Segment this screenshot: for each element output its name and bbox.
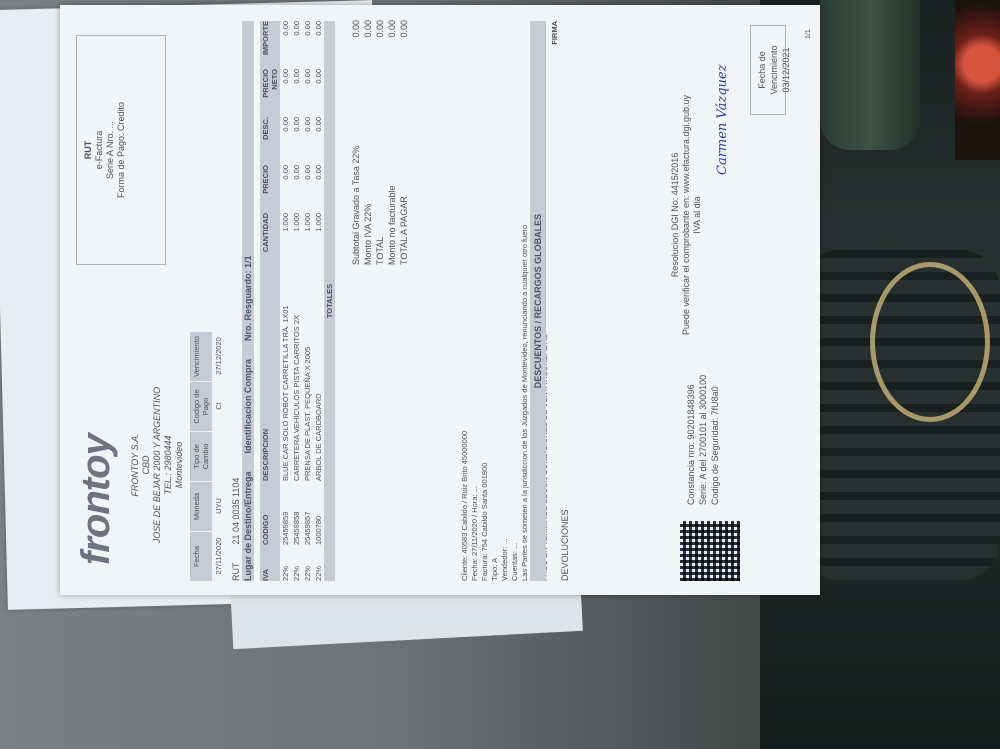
client-rut-value: 21 04 0035 1104 <box>231 478 241 545</box>
cae-range: Serie: A del 2700101 al 3000100 <box>697 375 709 505</box>
table-cell: 0.00 <box>281 69 290 117</box>
vencimiento-box: Fecha de Vencimiento 03/12/2021 <box>750 25 786 115</box>
total-row: Monto no facturable0.00 <box>386 20 398 265</box>
note-line: Vendedor: ... <box>500 21 510 581</box>
table-cell: 1.000 <box>281 213 290 261</box>
table-cell: 1000780 <box>314 481 323 545</box>
meta-value: Ct <box>212 381 225 431</box>
meta-value: UYU <box>212 481 225 531</box>
table-cell: 0.00 <box>281 117 290 165</box>
col-header: DESC. <box>261 117 279 165</box>
company-line2: CBD <box>141 365 152 565</box>
security-code: Codigo de Seguridad: 7fU8a0 <box>709 375 721 505</box>
items-body: 22%25459859BLUE CAR SOLO ROBOT CARRETILL… <box>280 21 324 581</box>
note-line: Fecha: 27/11/2020 / Hora: ... <box>470 21 480 581</box>
rut-box: RUT e-Factura Serie A Nro. ... Forma de … <box>76 35 166 265</box>
note-line: Cuentas: ... <box>510 21 520 581</box>
invoice-sheet-container: frontoy FRONTOY S.A. CBD JOSE DE BEJAR 2… <box>55 0 825 600</box>
background-red-object <box>955 0 1000 160</box>
table-cell: 25459857 <box>303 481 312 545</box>
col-header: DESCRIPCION <box>261 261 279 481</box>
vencimiento-value: 03/12/2021 <box>780 26 792 114</box>
table-cell: 0.00 <box>314 117 323 165</box>
company-address: JOSE DE BEJAR 2000 Y ARGENTINO <box>152 365 163 565</box>
table-cell: 22% <box>292 545 301 581</box>
table-cell: 0.00 <box>303 165 312 213</box>
total-value: 0.00 <box>375 20 385 38</box>
table-cell: 0.00 <box>314 165 323 213</box>
total-row: Subtotal Gravado a Tasa 22%0.00 <box>350 20 362 265</box>
total-label: TOTAL A PAGAR <box>399 196 409 265</box>
page-number: 1/1 <box>805 29 812 39</box>
total-label: Monto no facturable <box>387 185 397 265</box>
background-wire-coil <box>870 262 990 422</box>
company-info: FRONTOY S.A. CBD JOSE DE BEJAR 2000 Y AR… <box>130 365 185 565</box>
table-cell: 1.000 <box>292 213 301 261</box>
meta-header: Codigo de Pago <box>190 381 212 431</box>
col-header: IVA <box>261 545 279 581</box>
client-bar: Lugar de Destino/Entrega Identificacion … <box>242 21 254 581</box>
col-header: CODIGO <box>261 481 279 545</box>
note-line: Tipo: A <box>490 21 500 581</box>
rut-box-line1: e-Factura <box>94 36 105 264</box>
company-name: FRONTOY S.A. <box>130 365 141 565</box>
meta-header: Vencimiento <box>190 331 212 381</box>
table-cell: 0.00 <box>281 165 290 213</box>
meta-value <box>212 431 225 481</box>
col-header: IMPORTE <box>261 21 279 69</box>
table-cell: 0.00 <box>314 21 323 69</box>
qr-code <box>680 521 740 581</box>
id-value: Nro. Resguardo: 1/1 <box>243 255 253 341</box>
id-label: Identificacion Compra <box>243 359 253 454</box>
table-cell: BLUE CAR SOLO ROBOT CARRETILLA TRA. 1X01 <box>281 261 290 481</box>
total-value: 0.00 <box>363 20 373 38</box>
table-cell: 0.00 <box>303 117 312 165</box>
footer-section: DEVOLUCIONES <box>560 21 570 581</box>
note-line: Factura: 754 Cabildo Santa 001800 <box>480 21 490 581</box>
col-header: CANTIDAD <box>261 213 279 261</box>
meta-value: 27/12/2020 <box>212 331 225 381</box>
total-value: 0.00 <box>399 20 409 38</box>
table-cell: 22% <box>303 545 312 581</box>
place-label: Lugar de Destino/Entrega <box>243 471 253 581</box>
col-header: PRECIO NETO <box>261 69 279 117</box>
cae-block: Constancia nro: 90201848396 Serie: A del… <box>685 375 721 505</box>
total-label: Monto IVA 22% <box>363 204 373 265</box>
handwritten-signature: Carmen Vázquez <box>715 65 730 175</box>
table-cell: 0.00 <box>292 21 301 69</box>
cae-number: Constancia nro: 90201848396 <box>685 375 697 505</box>
items-table: IVA CODIGO DESCRIPCION CANTIDAD PRECIO D… <box>260 21 335 581</box>
invoice-meta-table: Fecha Moneda Tipo de Cambio Codigo de Pa… <box>190 331 225 581</box>
table-cell: CARRETERA VEHICULOS PISTA CARRITOS 2X <box>292 261 301 481</box>
iva-dia-text: IVA al dia <box>692 65 703 365</box>
table-cell: 1.000 <box>303 213 312 261</box>
table-cell: 25459858 <box>292 481 301 545</box>
table-row: 22%1000780ARBOL DE CARDBOARD1.0000.000.0… <box>313 21 324 581</box>
items-header-row: IVA CODIGO DESCRIPCION CANTIDAD PRECIO D… <box>260 21 280 581</box>
client-section: RUT 21 04 0035 1104 Lugar de Destino/Ent… <box>230 21 254 581</box>
items-totals-bar: TOTALES <box>324 21 335 581</box>
table-row: 22%25459859BLUE CAR SOLO ROBOT CARRETILL… <box>280 21 291 581</box>
table-cell: 0.00 <box>303 69 312 117</box>
total-row: TOTAL A PAGAR0.00 <box>398 20 410 265</box>
meta-value: 27/11/2020 <box>212 531 225 581</box>
table-cell: 0.00 <box>281 21 290 69</box>
total-value: 0.00 <box>351 20 361 38</box>
total-label: TOTAL <box>375 237 385 265</box>
company-city: Montevideo <box>174 365 185 565</box>
meta-header-row: Fecha Moneda Tipo de Cambio Codigo de Pa… <box>190 331 212 581</box>
table-cell: 0.00 <box>303 21 312 69</box>
table-cell: PRENSA DE PLAST. PEQUEÑA X 2005 <box>303 261 312 481</box>
table-cell: 22% <box>281 545 290 581</box>
meta-header: Fecha <box>190 531 212 581</box>
resolucion-text: Resolucion DGI No: 4415/2016 <box>670 65 681 365</box>
note-line: Las Partes se someten a la jurisdiccion … <box>520 21 530 581</box>
table-row: 22%25459857PRENSA DE PLAST. PEQUEÑA X 20… <box>302 21 313 581</box>
addenda-bar: DESCUENTOS / RECARGOS GLOBALES <box>530 21 546 581</box>
total-row: Monto IVA 22%0.00 <box>362 20 374 265</box>
resolucion-block: Resolucion DGI No: 4415/2016 Puede verif… <box>670 65 703 365</box>
totals-block: Subtotal Gravado a Tasa 22%0.00 Monto IV… <box>350 20 410 265</box>
firma-label: FIRMA <box>550 21 560 581</box>
client-rut-line: RUT 21 04 0035 1104 <box>230 21 242 581</box>
vencimiento-label: Fecha de Vencimiento <box>756 26 780 114</box>
total-row: TOTAL0.00 <box>374 20 386 265</box>
table-cell: 1.000 <box>314 213 323 261</box>
verificar-text: Puede verificar el comprobante en: www.e… <box>681 65 692 365</box>
meta-header: Moneda <box>190 481 212 531</box>
rut-box-line3: Forma de Pago: Credito <box>116 36 127 264</box>
col-header: PRECIO <box>261 165 279 213</box>
company-logo: frontoy <box>74 434 119 565</box>
table-cell: 0.00 <box>292 165 301 213</box>
table-cell: 0.00 <box>314 69 323 117</box>
background-bottle <box>820 0 920 150</box>
devoluciones-label: DEVOLUCIONES <box>560 21 570 581</box>
total-value: 0.00 <box>387 20 397 38</box>
table-cell: 25459859 <box>281 481 290 545</box>
table-cell: 0.00 <box>292 117 301 165</box>
table-cell: 0.00 <box>292 69 301 117</box>
meta-value-row: 27/11/2020 UYU Ct 27/12/2020 <box>212 331 225 581</box>
table-cell: ARBOL DE CARDBOARD <box>314 261 323 481</box>
client-rut-label: RUT <box>231 563 241 582</box>
table-cell: 22% <box>314 545 323 581</box>
invoice-document: frontoy FRONTOY S.A. CBD JOSE DE BEJAR 2… <box>60 5 820 595</box>
items-totals-label: TOTALES <box>325 21 334 581</box>
meta-header: Tipo de Cambio <box>190 431 212 481</box>
table-row: 22%25459858CARRETERA VEHICULOS PISTA CAR… <box>291 21 302 581</box>
rut-box-line2: Serie A Nro. ... <box>105 36 116 264</box>
note-line: Cliente: 40583 Cabildo / Ruiz Brito 4500… <box>460 21 470 581</box>
rut-box-header: RUT <box>83 36 94 264</box>
company-phone: TEL.: 2980444 <box>163 365 174 565</box>
total-label: Subtotal Gravado a Tasa 22% <box>351 146 361 265</box>
